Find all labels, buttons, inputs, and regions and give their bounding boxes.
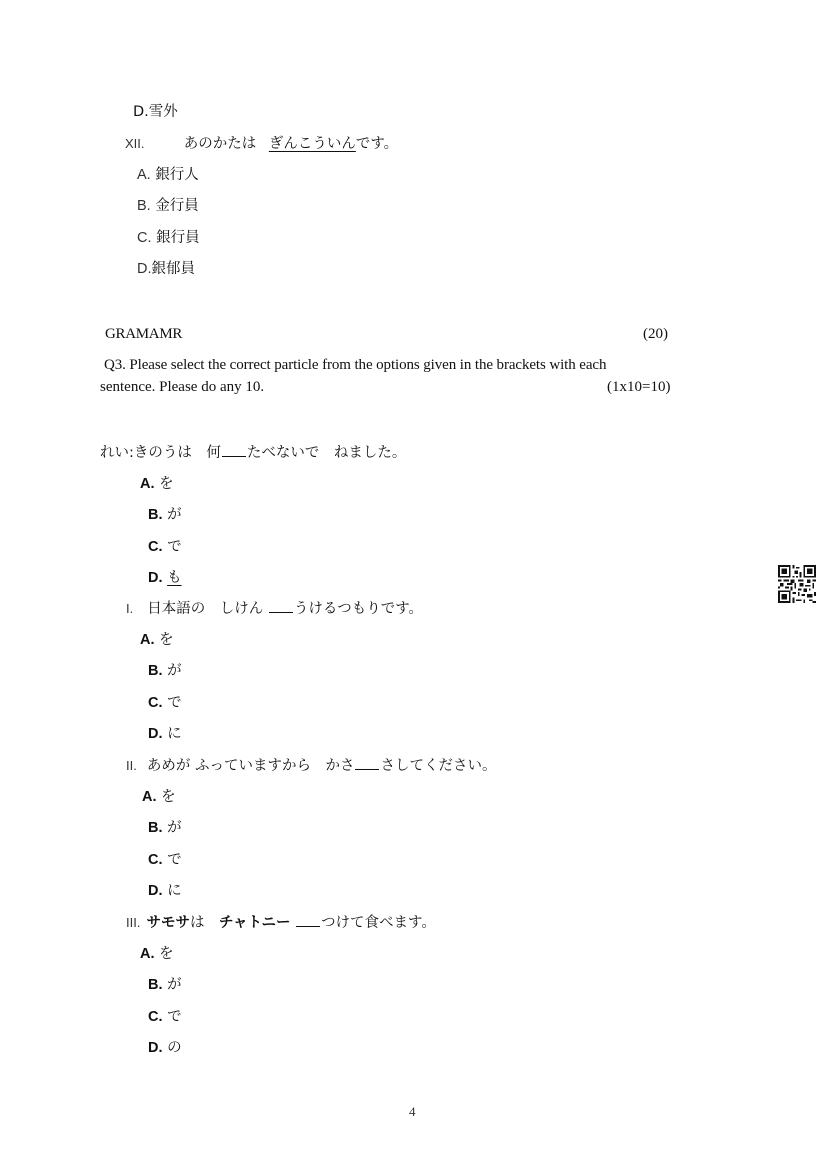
- question-suffix: つけて食べます。: [321, 915, 436, 931]
- option-text: で: [167, 852, 182, 868]
- question-suffix: さしてください。: [380, 758, 496, 774]
- answer-blank: [222, 444, 246, 457]
- example-option-d[interactable]: D. も: [148, 566, 182, 587]
- q1-option-c[interactable]: C. で: [148, 691, 182, 712]
- option-label: D.: [148, 726, 163, 742]
- page-number: 4: [409, 1104, 416, 1120]
- q2-option-a[interactable]: A. を: [142, 785, 176, 806]
- option-label: A.: [140, 632, 155, 648]
- q2-option-d[interactable]: D. に: [148, 879, 182, 900]
- option-text: を: [159, 632, 174, 648]
- option-text: 銀行人: [155, 167, 199, 183]
- option-label: B.: [148, 820, 163, 836]
- option-a[interactable]: A. 銀行人: [137, 163, 199, 184]
- option-text: に: [167, 883, 182, 899]
- option-d[interactable]: D.銀郁員: [137, 257, 195, 278]
- option-text: が: [167, 663, 182, 679]
- question-prefix: あのかたは: [184, 136, 257, 152]
- question-prefix: 日本語の しけん: [147, 601, 268, 617]
- option-label: A.: [142, 789, 157, 805]
- option-label: B.: [148, 663, 163, 679]
- qr-code-icon: [778, 565, 816, 603]
- example-option-b[interactable]: B. が: [148, 503, 182, 524]
- q3-option-d[interactable]: D. の: [148, 1036, 182, 1057]
- q3-instruction-line2: sentence. Please do any 10.: [100, 379, 264, 396]
- option-text: 金行員: [155, 198, 199, 214]
- q3-option-c[interactable]: C. で: [148, 1005, 182, 1026]
- option-text: を: [159, 476, 174, 492]
- option-text: が: [167, 977, 182, 993]
- question-suffix: です。: [356, 136, 398, 152]
- question-prefix: は: [190, 915, 219, 931]
- example-option-a[interactable]: A. を: [140, 472, 174, 493]
- option-label: C.: [148, 539, 163, 555]
- option-text: が: [167, 507, 182, 523]
- q3-instruction-line1: Q3. Please select the correct particle f…: [104, 357, 606, 374]
- question-xii: XII. あのかたは ぎんこういんです。: [125, 132, 398, 153]
- option-label: A.: [140, 476, 155, 492]
- question-prefix-bold: サモサ: [146, 915, 190, 931]
- option-label: C.: [148, 1009, 163, 1025]
- option-b[interactable]: B. 金行員: [137, 194, 199, 215]
- option-label: D.: [148, 570, 163, 586]
- question-number: I.: [126, 601, 133, 616]
- q1-option-d[interactable]: D. に: [148, 722, 182, 743]
- option-text: に: [167, 726, 182, 742]
- question-number: II.: [126, 758, 137, 773]
- q3-option-a[interactable]: A. を: [140, 942, 174, 963]
- question-i: I.日本語の しけん うけるつもりです。: [126, 597, 423, 618]
- option-label: D.: [137, 261, 152, 277]
- option-text: で: [167, 539, 182, 555]
- example-option-c[interactable]: C. で: [148, 535, 182, 556]
- option-text: を: [161, 789, 176, 805]
- question-ii: II.あめが ふっていますから かささしてください。: [126, 754, 496, 775]
- q3-marks: (1x10=10): [607, 379, 670, 396]
- answer-blank: [355, 757, 379, 770]
- option-label: D.: [148, 883, 163, 899]
- prev-option-d: D.雪外: [133, 100, 178, 121]
- answer-blank: [269, 600, 293, 613]
- question-mid: [290, 915, 295, 931]
- option-label: B.: [137, 198, 151, 214]
- question-number: XII.: [125, 136, 145, 151]
- q2-option-b[interactable]: B. が: [148, 816, 182, 837]
- section-marks: (20): [643, 326, 668, 343]
- q1-option-a[interactable]: A. を: [140, 628, 174, 649]
- option-label: C.: [137, 230, 152, 246]
- example-question: れい:きのうは 何たべないで ねました。: [100, 441, 406, 462]
- section-title: GRAMAMR: [105, 326, 182, 343]
- option-label: D.: [133, 104, 149, 120]
- option-label: C.: [148, 695, 163, 711]
- option-c[interactable]: C. 銀行員: [137, 226, 200, 247]
- option-text: が: [167, 820, 182, 836]
- q3-option-b[interactable]: B. が: [148, 973, 182, 994]
- option-text: の: [167, 1040, 182, 1056]
- option-text: 銀郁員: [152, 261, 196, 277]
- option-text: で: [167, 1009, 182, 1025]
- option-text-correct: も: [167, 570, 182, 586]
- option-text: で: [167, 695, 182, 711]
- option-label: A.: [140, 946, 155, 962]
- answer-blank: [296, 914, 320, 927]
- option-label: D.: [148, 1040, 163, 1056]
- option-label: A.: [137, 167, 151, 183]
- option-label: B.: [148, 507, 163, 523]
- question-iii: III.サモサは チャトニー つけて食べます。: [126, 911, 436, 932]
- example-suffix: たべないで ねました。: [247, 445, 407, 461]
- q1-option-b[interactable]: B. が: [148, 659, 182, 680]
- q2-option-c[interactable]: C. で: [148, 848, 182, 869]
- option-label: C.: [148, 852, 163, 868]
- question-suffix: うけるつもりです。: [294, 601, 423, 617]
- example-prefix: れい:きのうは 何: [100, 445, 221, 461]
- question-prefix: あめが ふっていますから かさ: [147, 758, 355, 774]
- option-text: 雪外: [149, 104, 178, 120]
- option-text: 銀行員: [156, 230, 200, 246]
- underlined-word: ぎんこういん: [269, 136, 356, 152]
- option-text: を: [159, 946, 174, 962]
- question-number: III.: [126, 915, 140, 930]
- question-word-bold: チャトニー: [219, 915, 291, 931]
- option-label: B.: [148, 977, 163, 993]
